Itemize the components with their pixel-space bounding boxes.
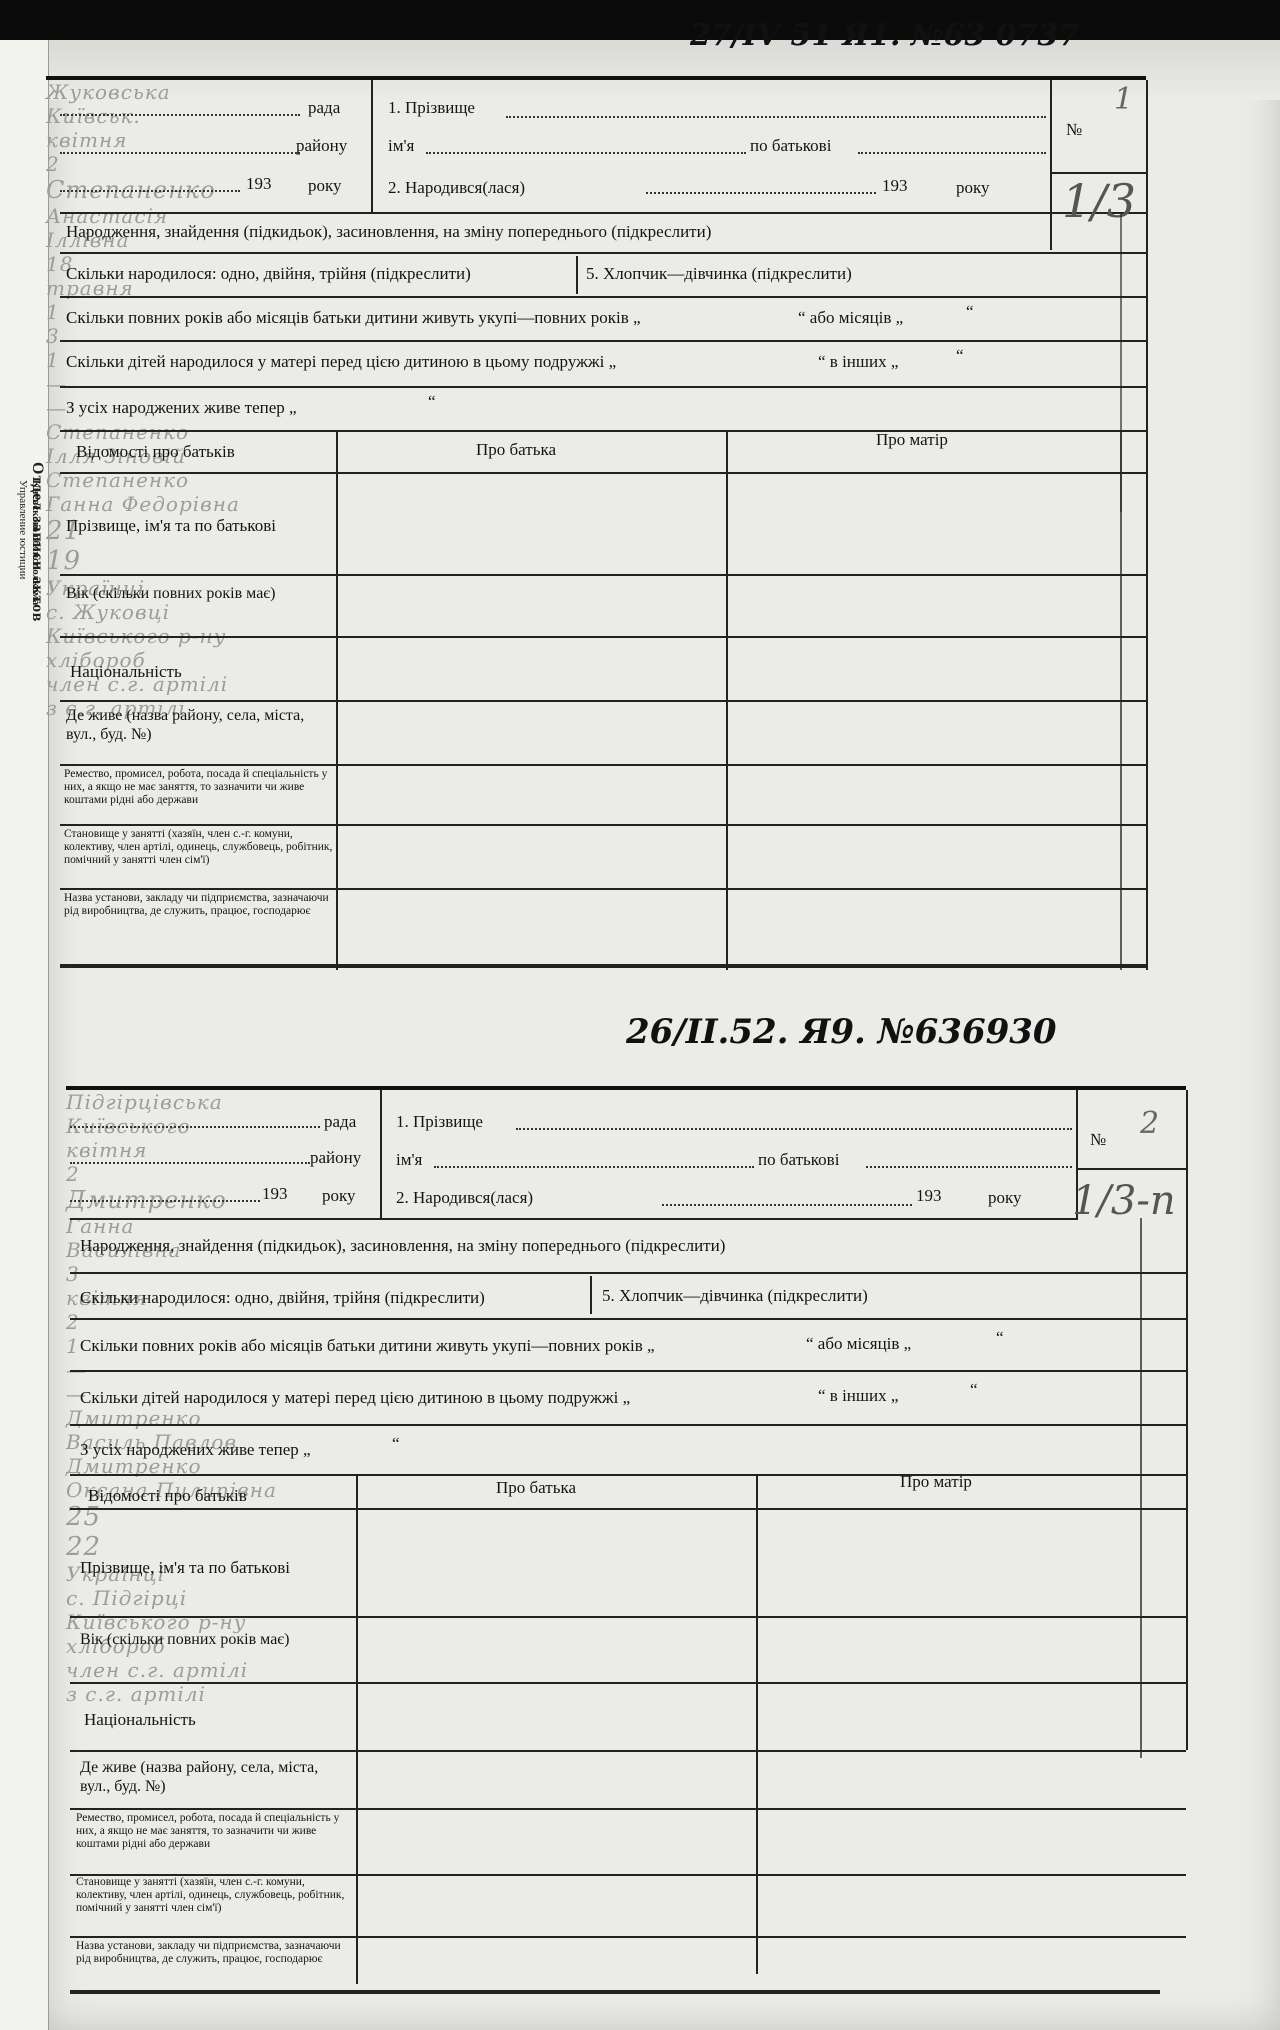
father-header: Про батька: [496, 1478, 576, 1498]
parents-years-label: Скільки повних років або місяців батьки …: [80, 1336, 655, 1356]
record-2-annotation: 26/II.52. Я9. №636930: [626, 1012, 1057, 1052]
children-other-label: “ в інших „: [818, 352, 898, 372]
born-label: 2. Народився(лася): [396, 1188, 533, 1208]
divider: [70, 1370, 1186, 1372]
divider: [60, 888, 1146, 890]
stamp-line-3: Киевского облисполкома: [30, 480, 42, 605]
born-year-digit: 2: [66, 1310, 1186, 1334]
divider: [1050, 80, 1052, 250]
mother-fullname-2: Ганна Федорівна: [46, 492, 1146, 516]
multiplicity-label: Скільки народилося: одно, двійня, трійня…: [66, 264, 471, 284]
divider: [70, 1808, 1186, 1810]
number-sign: №: [1066, 120, 1082, 140]
row-fullname-label: Прізвище, ім'я та по батькові: [66, 516, 276, 536]
divider: [70, 1936, 1186, 1938]
dotted-line: [646, 192, 876, 194]
divider: [70, 1508, 1186, 1510]
registered-date-value: квітня: [66, 1138, 1186, 1162]
parents-header: Відомості про батьків: [88, 1486, 247, 1506]
father-residence: с. Підгірці: [66, 1586, 1186, 1610]
rayonu-label: району: [296, 136, 347, 156]
dotted-line: [70, 1162, 310, 1164]
divider: [60, 964, 1146, 968]
event-type-label: Народження, знайдення (підкидьок), засин…: [80, 1236, 725, 1256]
row-residence-label: Де живе (назва району, села, міста, вул.…: [66, 706, 326, 744]
mother-header: Про матір: [876, 430, 948, 450]
row-age-label: Вік (скільки повних років має): [66, 584, 326, 603]
surname-label: 1. Прізвище: [396, 1112, 483, 1132]
father-header: Про батька: [476, 440, 556, 460]
surname-label: 1. Прізвище: [388, 98, 475, 118]
father-status: член с.г. артілі: [66, 1658, 1186, 1682]
divider: [60, 764, 1146, 766]
record-2-form: Підгірцівська рада Київського району кві…: [66, 1086, 1186, 1990]
row-status-label: Становище у занятті (хазяїн, член с.-г. …: [64, 828, 334, 867]
row-workplace-label: Назва установи, закладу чи підприємства,…: [76, 1940, 354, 1966]
row-workplace-label: Назва установи, закладу чи підприємства,…: [64, 892, 334, 918]
dotted-line: [516, 1128, 1072, 1130]
multiplicity-label: Скільки народилося: одно, двійня, трійня…: [80, 1288, 485, 1308]
side-stamp: Отдел записи актов Управление юстиции Ки…: [0, 460, 48, 700]
parents-months-label: “ або місяців „: [798, 308, 903, 328]
dotted-line: [506, 116, 1046, 118]
sex-label: 5. Хлопчик—дівчинка (підкреслити): [586, 264, 852, 284]
divider: [70, 1990, 1160, 1994]
divider: [356, 1474, 358, 1984]
divider: [70, 1682, 1186, 1684]
corner-mark: 1/3: [1062, 174, 1136, 228]
year-prefix: 193: [262, 1184, 288, 1204]
council-value: Жуковська: [46, 80, 1146, 104]
registered-year-digit: 2: [46, 152, 1146, 176]
rada-label: рада: [308, 98, 340, 118]
divider: [60, 386, 1146, 388]
divider: [70, 1424, 1186, 1426]
row-occupation-label: Ремество, промисел, робота, посада й спе…: [64, 768, 334, 807]
parents-years-label: Скільки повних років або місяців батьки …: [66, 308, 641, 328]
divider: [1186, 1090, 1188, 1750]
father-occupation: хлібороб: [46, 648, 1146, 672]
divider: [60, 252, 1146, 254]
quote-close: “: [970, 1380, 978, 1400]
roku-label: року: [988, 1188, 1022, 1208]
divider: [70, 1272, 1186, 1274]
year-prefix: 193: [246, 174, 272, 194]
dotted-line: [60, 190, 240, 192]
divider: [60, 296, 1146, 298]
event-type-label: Народження, знайдення (підкидьок), засин…: [66, 222, 711, 242]
roku-label: року: [956, 178, 990, 198]
quote-close: “: [966, 302, 974, 322]
name-label: ім'я: [396, 1150, 422, 1170]
father-status: член с.г. артілі: [46, 672, 1146, 696]
divider: [380, 1090, 382, 1218]
sex-label: 5. Хлопчик—дівчинка (підкреслити): [602, 1286, 868, 1306]
father-fullname-1: Степаненко: [46, 420, 1146, 444]
divider: [60, 472, 1146, 474]
children-before-label: Скільки дітей народилося у матері перед …: [66, 352, 616, 372]
rayonu-label: району: [310, 1148, 361, 1168]
row-nationality-label: Національність: [70, 662, 182, 682]
father-fullname-1: Дмитренко: [66, 1406, 1186, 1430]
dotted-line: [866, 1166, 1072, 1168]
divider: [60, 700, 1146, 702]
row-residence-label: Де живе (назва району, села, міста, вул.…: [80, 1758, 350, 1796]
quote-close: “: [956, 346, 964, 366]
quote-close: “: [428, 392, 436, 412]
dotted-line: [70, 1126, 320, 1128]
dotted-line: [858, 152, 1046, 154]
name-label: ім'я: [388, 136, 414, 156]
born-label: 2. Народився(лася): [388, 178, 525, 198]
children-other-value: —: [46, 372, 1146, 396]
divider: [70, 1218, 1076, 1220]
year-prefix: 193: [916, 1186, 942, 1206]
record-number: 2: [1140, 1106, 1159, 1141]
divider: [1146, 80, 1148, 970]
alive-now-label: З усіх народжених живе тепер „: [80, 1440, 311, 1460]
record-1-form: Жуковська рада Київськ. району квітня 19…: [46, 76, 1146, 970]
record-number: 1: [1114, 82, 1133, 117]
divider: [70, 1750, 1186, 1752]
mother-header: Про матір: [900, 1472, 972, 1492]
divider: [1140, 1218, 1142, 1758]
roku-label: року: [308, 176, 342, 196]
divider: [60, 212, 1050, 214]
dotted-line: [426, 152, 746, 154]
father-age: 25: [66, 1502, 1186, 1532]
divider: [371, 80, 373, 212]
row-nationality-label: Національність: [84, 1710, 196, 1730]
parents-header: Відомості про батьків: [76, 442, 235, 462]
dotted-line: [60, 152, 300, 154]
row-age-label: Вік (скільки повних років має): [80, 1630, 350, 1649]
dotted-line: [70, 1200, 260, 1202]
divider: [70, 1318, 1186, 1320]
divider: [60, 430, 1146, 432]
alive-now-label: З усіх народжених живе тепер „: [66, 398, 297, 418]
council-value: Підгірцівська: [66, 1090, 1186, 1114]
year-prefix: 193: [882, 176, 908, 196]
divider: [756, 1474, 758, 1974]
registered-date-value: квітня: [46, 128, 1146, 152]
quote-close: “: [392, 1434, 400, 1454]
divider: [60, 636, 1146, 638]
dotted-line: [60, 114, 300, 116]
row-status-label: Становище у занятті (хазяїн, член с.-г. …: [76, 1876, 354, 1915]
row-occupation-label: Ремество, промисел, робота, посада й спе…: [76, 1812, 354, 1851]
divider: [1076, 1168, 1186, 1170]
patronymic-label: по батькові: [750, 136, 831, 156]
divider: [590, 1276, 592, 1314]
father-workplace: з с.г. артілі: [66, 1682, 1186, 1706]
number-sign: №: [1090, 1130, 1106, 1150]
record-1-annotation: 27/IV 51 Я1. №63 0737: [690, 18, 1079, 53]
quote-close: “: [996, 1328, 1004, 1348]
divider: [60, 574, 1146, 576]
patronymic-label: по батькові: [758, 1150, 839, 1170]
stamp-line-2: Управление юстиции: [17, 480, 29, 579]
divider: [70, 1474, 1186, 1476]
mother-age: 19: [46, 546, 1146, 576]
divider: [576, 256, 578, 294]
divider: [60, 340, 1146, 342]
children-other-label: “ в інших „: [818, 1386, 898, 1406]
roku-label: року: [322, 1186, 356, 1206]
children-before-label: Скільки дітей народилося у матері перед …: [80, 1388, 630, 1408]
dotted-line: [434, 1166, 754, 1168]
corner-mark: 1/3-п: [1072, 1178, 1176, 1224]
dotted-line: [662, 1204, 912, 1206]
parents-months-label: “ або місяців „: [806, 1334, 911, 1354]
divider: [70, 1616, 1186, 1618]
row-fullname-label: Прізвище, ім'я та по батькові: [80, 1558, 290, 1578]
born-day-value: 3: [66, 1262, 1186, 1286]
father-residence: с. Жуковці: [46, 600, 1146, 624]
divider: [60, 824, 1146, 826]
left-binding-strip: Отдел записи актов Управление юстиции Ки…: [0, 40, 49, 2030]
rada-label: рада: [324, 1112, 356, 1132]
